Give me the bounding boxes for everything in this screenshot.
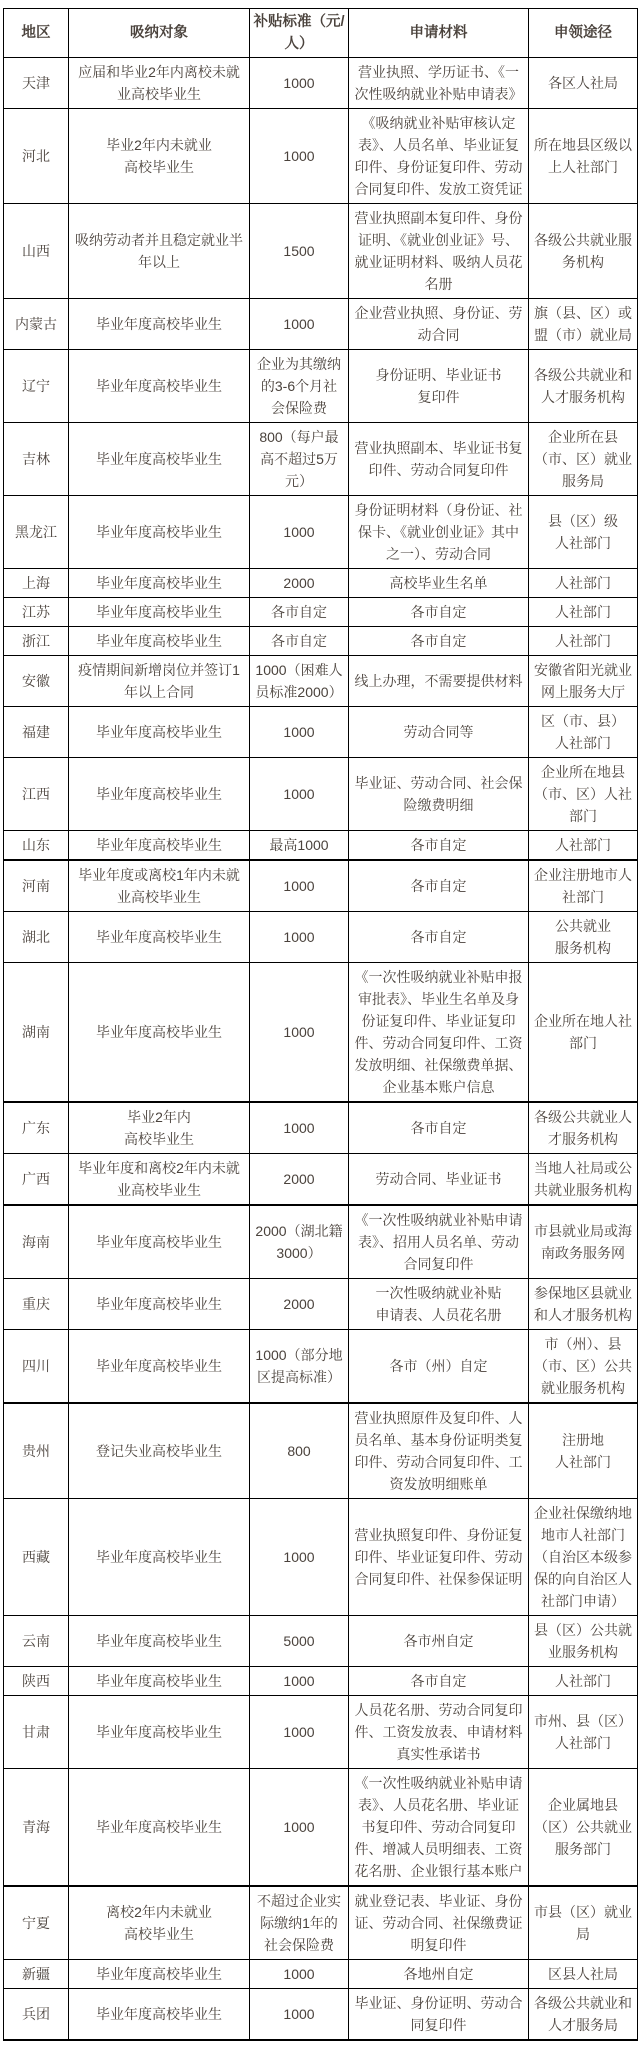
table-row: 天津 应届和毕业2年内离校未就业高校毕业生 1000 营业执照、学历证书、《一次… [4, 58, 638, 109]
table-row: 四川 毕业年度高校毕业生 1000（部分地区提高标准） 各市（州）自定 市（州）… [4, 1330, 638, 1404]
cell-materials: 各市自定 [349, 860, 529, 912]
cell-channel: 人社部门 [529, 627, 638, 656]
cell-materials: 毕业证、身份证明、劳动合同复印件 [349, 1989, 529, 2041]
cell-materials: 各市州自定 [349, 1616, 529, 1667]
cell-materials: 《吸纳就业补贴审核认定表》、人员名单、毕业证复印件、身份证复印件、劳动合同复印件… [349, 109, 529, 204]
cell-channel: 企业所在地县（市、区）人社部门 [529, 758, 638, 831]
table-row: 宁夏 离校2年内未就业 高校毕业生 不超过企业实际缴纳1年的社会保险费 就业登记… [4, 1886, 638, 1960]
cell-target: 毕业年度高校毕业生 [69, 963, 250, 1103]
cell-region: 兵团 [4, 1989, 69, 2041]
cell-subsidy: 1000 [250, 496, 349, 569]
cell-region: 山东 [4, 831, 69, 861]
table-row: 浙江 毕业年度高校毕业生 各市自定 各市自定 人社部门 [4, 627, 638, 656]
cell-region: 天津 [4, 58, 69, 109]
cell-region: 重庆 [4, 1279, 69, 1330]
cell-materials: 毕业证、劳动合同、社会保险缴费明细 [349, 758, 529, 831]
cell-subsidy: 1000 [250, 707, 349, 758]
table-row: 河南 毕业年度或离校1年内未就业高校毕业生 1000 各市自定 企业注册地市人社… [4, 860, 638, 912]
cell-target: 应届和毕业2年内离校未就业高校毕业生 [69, 58, 250, 109]
cell-materials: 《一次性吸纳就业补贴申请表》、招用人员名单、劳动合同复印件 [349, 1205, 529, 1279]
cell-subsidy: 1000 [250, 58, 349, 109]
cell-materials: 各市自定 [349, 1667, 529, 1696]
cell-region: 西藏 [4, 1499, 69, 1616]
header-materials: 申请材料 [349, 9, 529, 58]
cell-subsidy: 1000 [250, 109, 349, 204]
cell-channel: 人社部门 [529, 598, 638, 627]
cell-materials: 企业营业执照、身份证、劳动合同 [349, 299, 529, 350]
cell-target: 毕业年度高校毕业生 [69, 1696, 250, 1769]
table-row: 西藏 毕业年度高校毕业生 1000 营业执照复印件、身份证复印件、毕业证复印件、… [4, 1499, 638, 1616]
header-region: 地区 [4, 9, 69, 58]
cell-channel: 各级公共就业和人才服务机构 [529, 350, 638, 423]
cell-target: 疫情期间新增岗位并签订1年以上合同 [69, 656, 250, 707]
cell-subsidy: 1000 [250, 1769, 349, 1887]
cell-subsidy: 1000 [250, 963, 349, 1103]
cell-target: 毕业年度高校毕业生 [69, 627, 250, 656]
cell-target: 毕业年度高校毕业生 [69, 912, 250, 963]
table-row: 广西 毕业年度和离校2年内未就业高校毕业生 2000 劳动合同、毕业证书 当地人… [4, 1154, 638, 1206]
cell-region: 辽宁 [4, 350, 69, 423]
cell-subsidy: 1000 [250, 1667, 349, 1696]
cell-target: 毕业年度高校毕业生 [69, 423, 250, 496]
cell-target: 毕业年度高校毕业生 [69, 1616, 250, 1667]
cell-channel: 各级公共就业和人才服务局 [529, 1989, 638, 2041]
cell-channel: 企业所在地人社部门 [529, 963, 638, 1103]
cell-subsidy: 各市自定 [250, 598, 349, 627]
cell-channel: 安徽省阳光就业网上服务大厅 [529, 656, 638, 707]
header-target: 吸纳对象 [69, 9, 250, 58]
table-row: 辽宁 毕业年度高校毕业生 企业为其缴纳的3-6个月社会保险费 身份证明、毕业证书… [4, 350, 638, 423]
cell-target: 毕业2年内 高校毕业生 [69, 1102, 250, 1154]
table-row: 湖南 毕业年度高校毕业生 1000 《一次性吸纳就业补贴申报审批表》、毕业生名单… [4, 963, 638, 1103]
cell-target: 毕业年度高校毕业生 [69, 1330, 250, 1404]
table-body: 天津 应届和毕业2年内离校未就业高校毕业生 1000 营业执照、学历证书、《一次… [4, 58, 638, 2041]
cell-region: 河北 [4, 109, 69, 204]
cell-subsidy: 2000（湖北籍3000） [250, 1205, 349, 1279]
cell-subsidy: 各市自定 [250, 627, 349, 656]
cell-target: 毕业年度高校毕业生 [69, 299, 250, 350]
cell-subsidy: 不超过企业实际缴纳1年的社会保险费 [250, 1886, 349, 1960]
table-row: 云南 毕业年度高校毕业生 5000 各市州自定 县（区）公共就业服务机构 [4, 1616, 638, 1667]
cell-target: 毕业年度和离校2年内未就业高校毕业生 [69, 1154, 250, 1206]
header-row: 地区 吸纳对象 补贴标准（元/人） 申请材料 申领途径 [4, 9, 638, 58]
cell-subsidy: 5000 [250, 1616, 349, 1667]
cell-region: 上海 [4, 569, 69, 598]
cell-materials: 《一次性吸纳就业补贴申报审批表》、毕业生名单及身份证复印件、毕业证复印件、劳动合… [349, 963, 529, 1103]
cell-channel: 当地人社局或公共就业服务机构 [529, 1154, 638, 1206]
cell-materials: 就业登记表、毕业证、身份证、劳动合同、社保缴费证明复印件 [349, 1886, 529, 1960]
cell-target: 毕业年度高校毕业生 [69, 1205, 250, 1279]
cell-channel: 市州、县（区）人社部门 [529, 1696, 638, 1769]
table-row: 安徽 疫情期间新增岗位并签订1年以上合同 1000（困难人员标准2000） 线上… [4, 656, 638, 707]
cell-channel: 各区人社局 [529, 58, 638, 109]
table-row: 重庆 毕业年度高校毕业生 2000 一次性吸纳就业补贴 申请表、人员花名册 参保… [4, 1279, 638, 1330]
cell-channel: 企业社保缴纳地地市人社部门（自治区本级参保的向自治区人社部门申请） [529, 1499, 638, 1616]
cell-region: 四川 [4, 1330, 69, 1404]
cell-target: 毕业年度高校毕业生 [69, 598, 250, 627]
cell-target: 毕业年度高校毕业生 [69, 1499, 250, 1616]
cell-channel: 市县（区）就业局 [529, 1886, 638, 1960]
cell-materials: 《一次性吸纳就业补贴申请表》、人员花名册、毕业证书复印件、劳动合同复印件、增减人… [349, 1769, 529, 1887]
table-row: 海南 毕业年度高校毕业生 2000（湖北籍3000） 《一次性吸纳就业补贴申请表… [4, 1205, 638, 1279]
cell-channel: 市（州）、县（市、区）公共就业服务机构 [529, 1330, 638, 1404]
cell-materials: 高校毕业生名单 [349, 569, 529, 598]
cell-channel: 参保地区县就业和人才服务机构 [529, 1279, 638, 1330]
cell-region: 内蒙古 [4, 299, 69, 350]
cell-subsidy: 1000 [250, 1960, 349, 1989]
table-row: 兵团 毕业年度高校毕业生 1000 毕业证、身份证明、劳动合同复印件 各级公共就… [4, 1989, 638, 2041]
cell-subsidy: 2000 [250, 1154, 349, 1206]
cell-channel: 企业属地县（区）公共就业服务部门 [529, 1769, 638, 1887]
cell-target: 登记失业高校毕业生 [69, 1403, 250, 1499]
cell-channel: 各级公共就业人才服务机构 [529, 1102, 638, 1154]
table-row: 黑龙江 毕业年度高校毕业生 1000 身份证明材料（身份证、社保卡、《就业创业证… [4, 496, 638, 569]
cell-materials: 各地州自定 [349, 1960, 529, 1989]
header-subsidy-standard: 补贴标准（元/人） [250, 9, 349, 58]
cell-target: 毕业年度高校毕业生 [69, 758, 250, 831]
cell-target: 毕业年度高校毕业生 [69, 350, 250, 423]
cell-materials: 各市自定 [349, 831, 529, 861]
cell-materials: 各市自定 [349, 912, 529, 963]
cell-target: 毕业年度高校毕业生 [69, 1769, 250, 1887]
cell-region: 广东 [4, 1102, 69, 1154]
cell-target: 毕业年度高校毕业生 [69, 1667, 250, 1696]
cell-subsidy: 2000 [250, 569, 349, 598]
cell-channel: 县（区）级 人社部门 [529, 496, 638, 569]
table-row: 吉林 毕业年度高校毕业生 800（每户最高不超过5万元） 营业执照副本、毕业证书… [4, 423, 638, 496]
cell-subsidy: 企业为其缴纳的3-6个月社会保险费 [250, 350, 349, 423]
cell-region: 福建 [4, 707, 69, 758]
cell-channel: 公共就业 服务机构 [529, 912, 638, 963]
cell-subsidy: 1000 [250, 1696, 349, 1769]
table-row: 上海 毕业年度高校毕业生 2000 高校毕业生名单 人社部门 [4, 569, 638, 598]
cell-channel: 区县人社局 [529, 1960, 638, 1989]
cell-target: 毕业2年内未就业 高校毕业生 [69, 109, 250, 204]
cell-materials: 线上办理，不需要提供材料 [349, 656, 529, 707]
cell-materials: 营业执照副本、毕业证书复印件、劳动合同复印件 [349, 423, 529, 496]
cell-materials: 身份证明、毕业证书 复印件 [349, 350, 529, 423]
cell-region: 贵州 [4, 1403, 69, 1499]
table-row: 河北 毕业2年内未就业 高校毕业生 1000 《吸纳就业补贴审核认定表》、人员名… [4, 109, 638, 204]
cell-target: 毕业年度高校毕业生 [69, 1989, 250, 2041]
cell-region: 山西 [4, 204, 69, 299]
document-page: 地区 吸纳对象 补贴标准（元/人） 申请材料 申领途径 天津 应届和毕业2年内离… [0, 0, 640, 2049]
cell-region: 湖北 [4, 912, 69, 963]
cell-materials: 各市自定 [349, 1102, 529, 1154]
cell-target: 吸纳劳动者并且稳定就业半年以上 [69, 204, 250, 299]
cell-materials: 劳动合同、毕业证书 [349, 1154, 529, 1206]
cell-region: 陕西 [4, 1667, 69, 1696]
cell-channel: 市县就业局或海南政务服务网 [529, 1205, 638, 1279]
cell-target: 毕业年度高校毕业生 [69, 1279, 250, 1330]
cell-materials: 劳动合同等 [349, 707, 529, 758]
cell-region: 湖南 [4, 963, 69, 1103]
cell-subsidy: 1000（部分地区提高标准） [250, 1330, 349, 1404]
cell-materials: 营业执照副本复印件、身份证明、《就业创业证》号、就业证明材料、吸纳人员花名册 [349, 204, 529, 299]
cell-channel: 区（市、县） 人社部门 [529, 707, 638, 758]
cell-subsidy: 800（每户最高不超过5万元） [250, 423, 349, 496]
cell-materials: 营业执照复印件、身份证复印件、毕业证复印件、劳动合同复印件、社保参保证明 [349, 1499, 529, 1616]
cell-channel: 企业注册地市人社部门 [529, 860, 638, 912]
cell-subsidy: 1000 [250, 758, 349, 831]
cell-region: 青海 [4, 1769, 69, 1887]
cell-subsidy: 1000 [250, 299, 349, 350]
cell-channel: 注册地 人社部门 [529, 1403, 638, 1499]
cell-channel: 旗（县、区）或盟（市）就业局 [529, 299, 638, 350]
table-row: 湖北 毕业年度高校毕业生 1000 各市自定 公共就业 服务机构 [4, 912, 638, 963]
cell-channel: 人社部门 [529, 569, 638, 598]
cell-region: 广西 [4, 1154, 69, 1206]
table-row: 甘肃 毕业年度高校毕业生 1000 人员花名册、劳动合同复印件、工资发放表、申请… [4, 1696, 638, 1769]
cell-channel: 所在地县区级以上人社部门 [529, 109, 638, 204]
table-row: 福建 毕业年度高校毕业生 1000 劳动合同等 区（市、县） 人社部门 [4, 707, 638, 758]
cell-region: 黑龙江 [4, 496, 69, 569]
cell-target: 毕业年度高校毕业生 [69, 831, 250, 861]
cell-materials: 各市自定 [349, 627, 529, 656]
cell-channel: 各级公共就业服务机构 [529, 204, 638, 299]
cell-region: 云南 [4, 1616, 69, 1667]
cell-region: 江苏 [4, 598, 69, 627]
table-row: 新疆 毕业年度高校毕业生 1000 各地州自定 区县人社局 [4, 1960, 638, 1989]
cell-region: 浙江 [4, 627, 69, 656]
header-channel: 申领途径 [529, 9, 638, 58]
cell-materials: 营业执照原件及复印件、人员名单、基本身份证明类复印件、劳动合同复印件、工资发放明… [349, 1403, 529, 1499]
cell-subsidy: 1000 [250, 1499, 349, 1616]
cell-subsidy: 最高1000 [250, 831, 349, 861]
cell-materials: 各市（州）自定 [349, 1330, 529, 1404]
cell-channel: 企业所在县（市、区）就业服务局 [529, 423, 638, 496]
cell-region: 新疆 [4, 1960, 69, 1989]
table-row: 山西 吸纳劳动者并且稳定就业半年以上 1500 营业执照副本复印件、身份证明、《… [4, 204, 638, 299]
cell-materials: 一次性吸纳就业补贴 申请表、人员花名册 [349, 1279, 529, 1330]
cell-region: 海南 [4, 1205, 69, 1279]
cell-materials: 营业执照、学历证书、《一次性吸纳就业补贴申请表》 [349, 58, 529, 109]
cell-subsidy: 1000 [250, 1989, 349, 2041]
cell-subsidy: 1500 [250, 204, 349, 299]
cell-target: 毕业年度高校毕业生 [69, 569, 250, 598]
table-row: 江西 毕业年度高校毕业生 1000 毕业证、劳动合同、社会保险缴费明细 企业所在… [4, 758, 638, 831]
table-row: 江苏 毕业年度高校毕业生 各市自定 各市自定 人社部门 [4, 598, 638, 627]
cell-channel: 县（区）公共就业服务机构 [529, 1616, 638, 1667]
cell-target: 毕业年度高校毕业生 [69, 1960, 250, 1989]
cell-region: 甘肃 [4, 1696, 69, 1769]
cell-region: 江西 [4, 758, 69, 831]
table-row: 内蒙古 毕业年度高校毕业生 1000 企业营业执照、身份证、劳动合同 旗（县、区… [4, 299, 638, 350]
cell-channel: 人社部门 [529, 1667, 638, 1696]
cell-target: 离校2年内未就业 高校毕业生 [69, 1886, 250, 1960]
cell-subsidy: 1000 [250, 860, 349, 912]
cell-subsidy: 1000（困难人员标准2000） [250, 656, 349, 707]
cell-target: 毕业年度或离校1年内未就业高校毕业生 [69, 860, 250, 912]
cell-target: 毕业年度高校毕业生 [69, 496, 250, 569]
table-row: 贵州 登记失业高校毕业生 800 营业执照原件及复印件、人员名单、基本身份证明类… [4, 1403, 638, 1499]
cell-materials: 各市自定 [349, 598, 529, 627]
cell-materials: 人员花名册、劳动合同复印件、工资发放表、申请材料真实性承诺书 [349, 1696, 529, 1769]
cell-region: 安徽 [4, 656, 69, 707]
cell-region: 宁夏 [4, 1886, 69, 1960]
cell-subsidy: 1000 [250, 1102, 349, 1154]
cell-subsidy: 800 [250, 1403, 349, 1499]
cell-subsidy: 2000 [250, 1279, 349, 1330]
cell-channel: 人社部门 [529, 831, 638, 861]
cell-materials: 身份证明材料（身份证、社保卡、《就业创业证》其中之一）、劳动合同 [349, 496, 529, 569]
cell-region: 河南 [4, 860, 69, 912]
cell-target: 毕业年度高校毕业生 [69, 707, 250, 758]
table-row: 广东 毕业2年内 高校毕业生 1000 各市自定 各级公共就业人才服务机构 [4, 1102, 638, 1154]
table-row: 青海 毕业年度高校毕业生 1000 《一次性吸纳就业补贴申请表》、人员花名册、毕… [4, 1769, 638, 1887]
table-row: 陕西 毕业年度高校毕业生 1000 各市自定 人社部门 [4, 1667, 638, 1696]
subsidy-table: 地区 吸纳对象 补贴标准（元/人） 申请材料 申领途径 天津 应届和毕业2年内离… [3, 8, 638, 2041]
table-row: 山东 毕业年度高校毕业生 最高1000 各市自定 人社部门 [4, 831, 638, 861]
cell-region: 吉林 [4, 423, 69, 496]
cell-subsidy: 1000 [250, 912, 349, 963]
